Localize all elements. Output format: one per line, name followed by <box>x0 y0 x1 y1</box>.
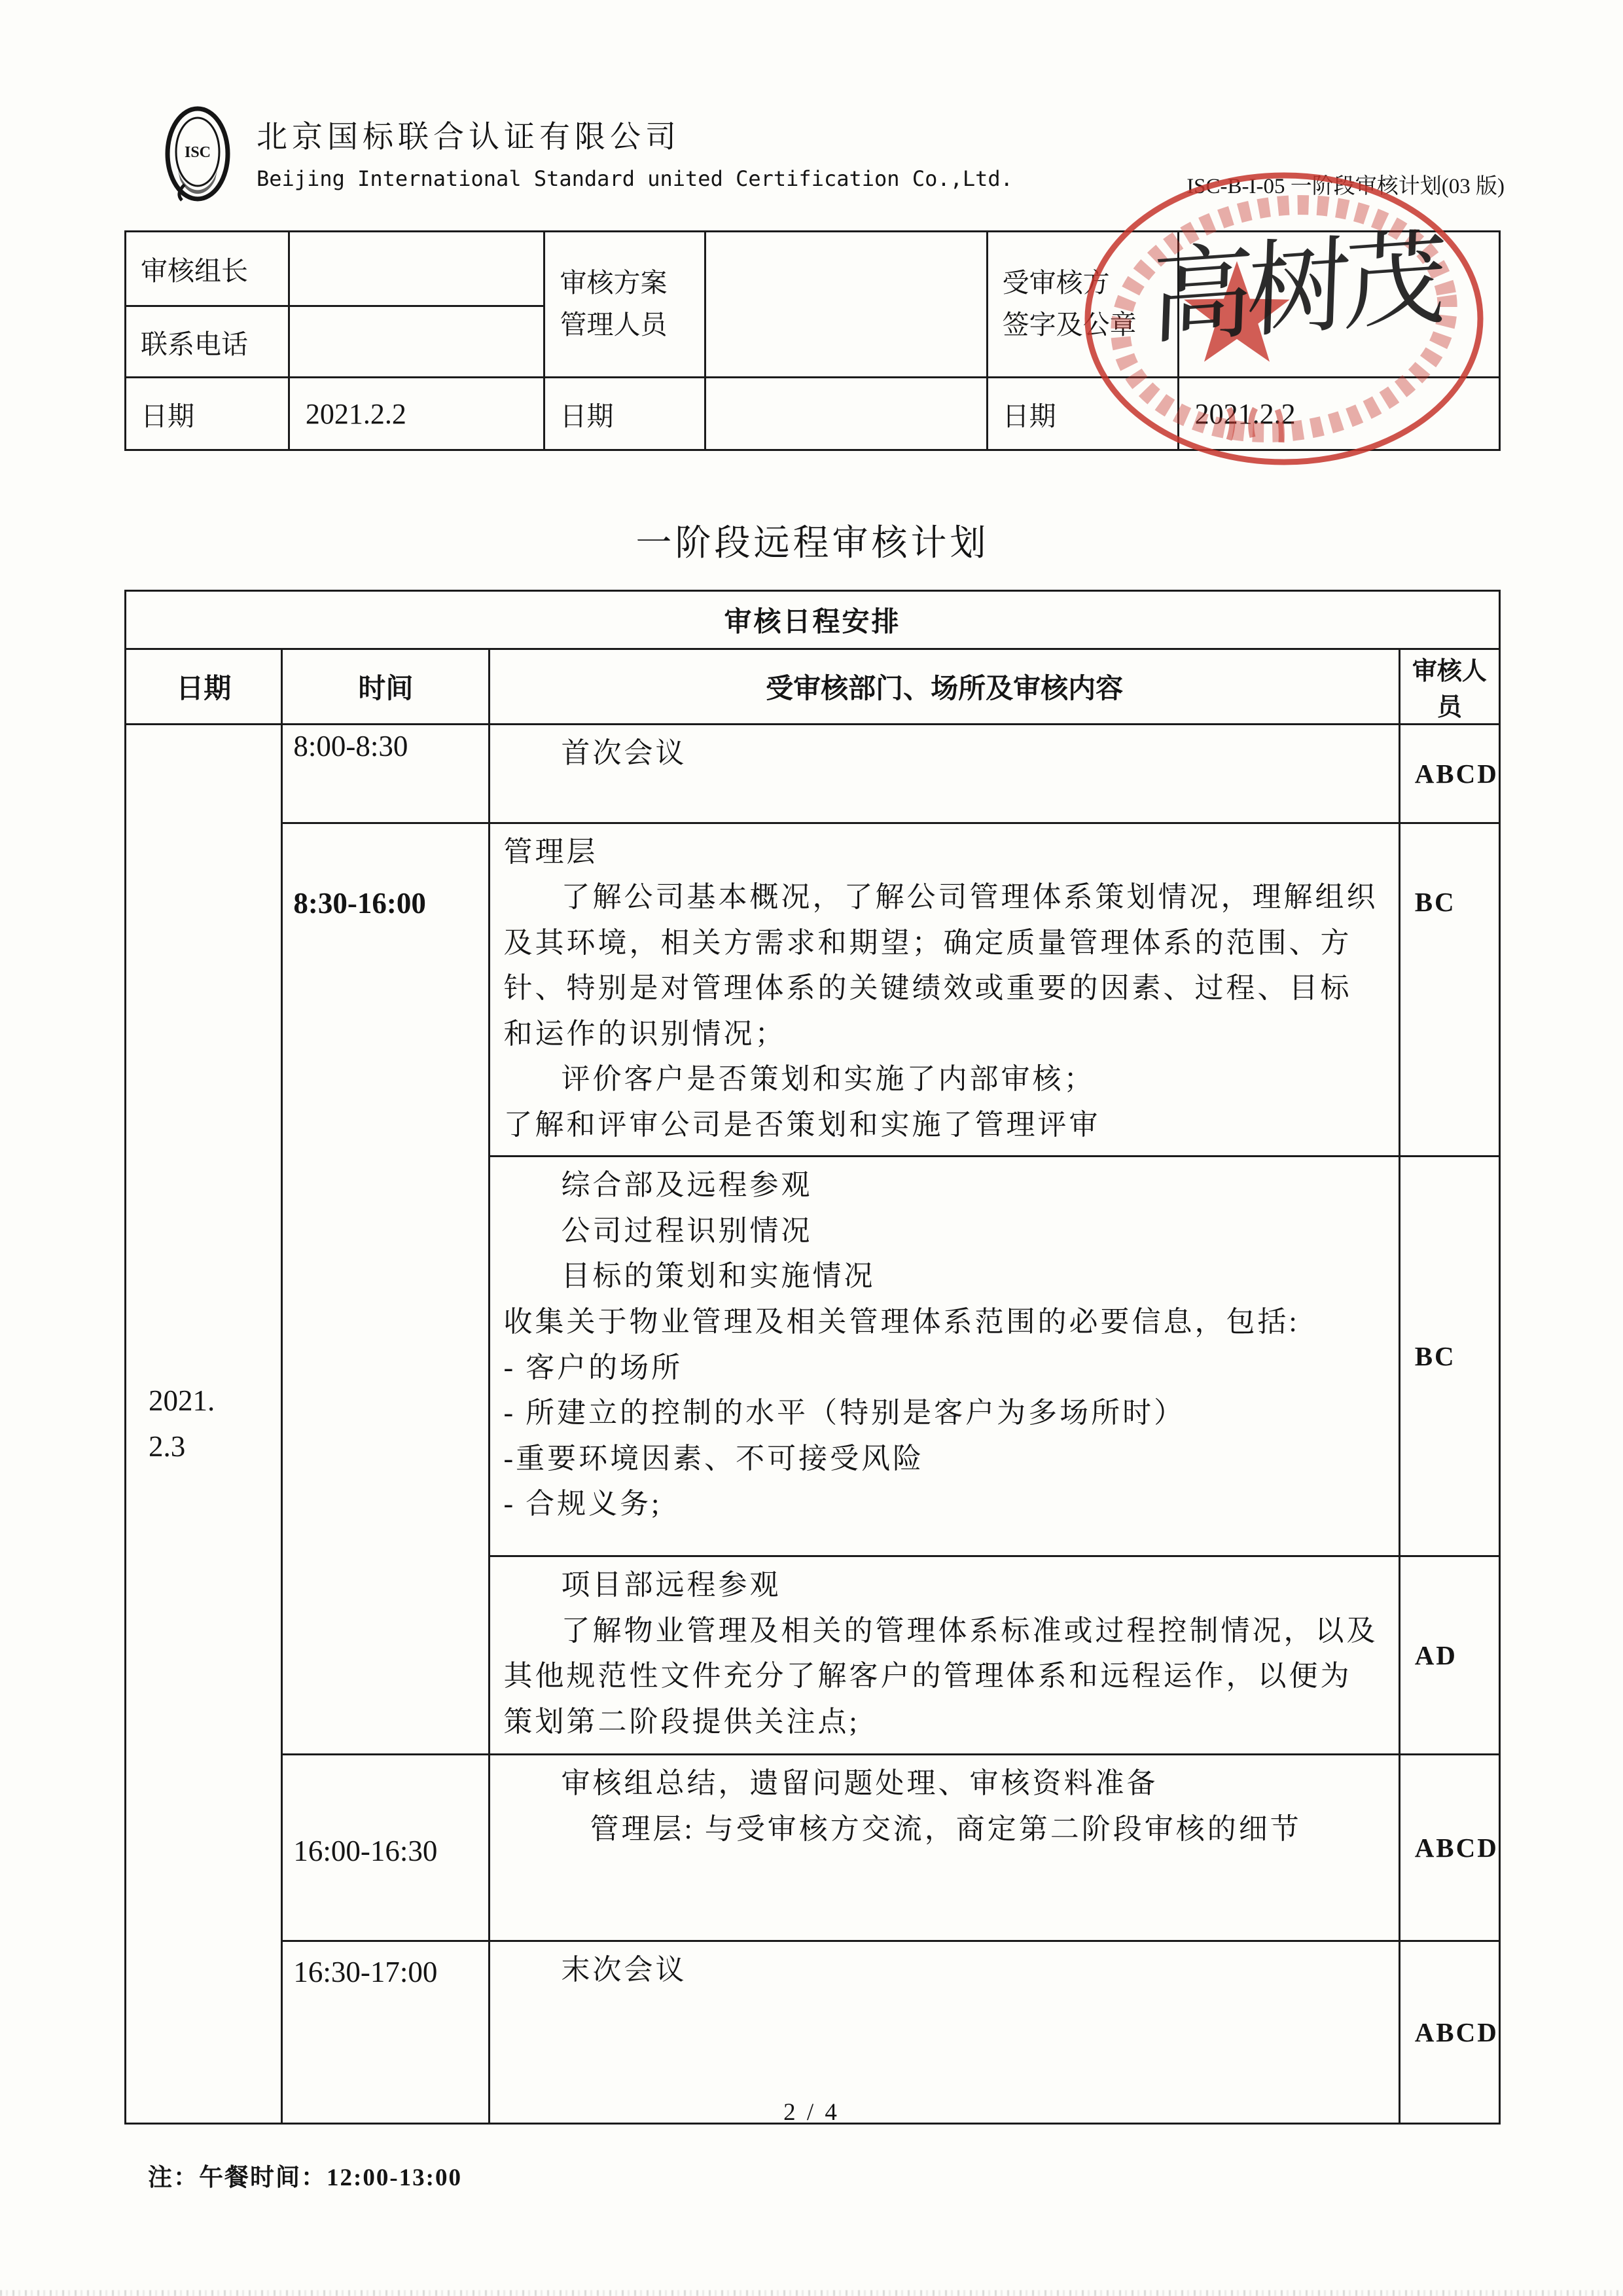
schedule-auditors-cell: ABCD <box>1399 724 1499 823</box>
schedule-content-line: 末次会议 <box>503 1947 1381 1993</box>
schedule-time-cell: 16:30-17:00 <box>282 1941 490 2124</box>
schedule-auditors-cell: BC <box>1399 1157 1499 1556</box>
schedule-content-cell: 首次会议 <box>490 724 1399 823</box>
col-header-content: 受审核部门、场所及审核内容 <box>490 649 1399 724</box>
schedule-content-cell: 管理层了解公司基本概况，了解公司管理体系策划情况，理解组织及其环境，相关方需求和… <box>490 823 1399 1157</box>
col-header-date: 日期 <box>126 649 282 724</box>
date-left-value: 2021.2.2 <box>289 378 544 450</box>
schedule-content-line: 了解公司基本概况，了解公司管理体系策划情况，理解组织及其环境，相关方需求和期望；… <box>503 874 1381 1056</box>
date-mid-value <box>705 378 988 450</box>
document-reference: ISC-B-I-05 一阶段审核计划(03 版) <box>1186 169 1505 200</box>
schedule-content-line: 收集关于物业管理及相关管理体系范围的必要信息，包括: <box>503 1299 1381 1345</box>
schedule-content-line: - 合规义务; <box>503 1481 1381 1527</box>
schedule-content-cell: 审核组总结，遗留问题处理、审核资料准备管理层: 与受审核方交流，商定第二阶段审核… <box>490 1755 1399 1941</box>
schedule-content-line: 首次会议 <box>503 730 1381 776</box>
schedule-content-line: - 所建立的控制的水平（特别是客户为多场所时） <box>503 1390 1381 1436</box>
schedule-content-cell: 综合部及远程参观公司过程识别情况目标的策划和实施情况收集关于物业管理及相关管理体… <box>490 1157 1399 1556</box>
document-header: ISC 北京国标联合认证有限公司 Beijing International S… <box>124 109 1501 202</box>
schedule-row: 2021. 2.38:00-8:30首次会议ABCD <box>126 724 1500 823</box>
schedule-date-cell: 2021. 2.3 <box>126 724 282 2124</box>
schedule-table-title: 审核日程安排 <box>126 590 1500 649</box>
document-page: ISC 北京国标联合认证有限公司 Beijing International S… <box>0 0 1623 2296</box>
schedule-content-line: 目标的策划和实施情况 <box>503 1253 1381 1299</box>
lunch-note: 注：午餐时间：12:00-13:00 <box>124 2157 1501 2193</box>
schedule-auditors-cell: BC <box>1399 823 1499 1157</box>
auditee-signature-cell <box>1178 232 1499 378</box>
schedule-content-line: 项目部远程参观 <box>503 1562 1381 1608</box>
date-left-label: 日期 <box>126 378 289 450</box>
company-name-en: Beijing International Standard united Ce… <box>257 166 1013 191</box>
col-header-auditors: 审核人员 <box>1399 649 1499 724</box>
schedule-content-line: 管理层 <box>503 829 1381 875</box>
page-content: ISC 北京国标联合认证有限公司 Beijing International S… <box>124 0 1501 2193</box>
auditee-signature-label: 受审核方 签字及公章 <box>987 232 1178 378</box>
schedule-content-cell: 项目部远程参观了解物业管理及相关的管理体系标准或过程控制情况，以及其他规范性文件… <box>490 1556 1399 1755</box>
schedule-time-cell: 8:00-8:30 <box>282 724 490 823</box>
scheme-manager-value <box>705 232 988 378</box>
date-right-label: 日期 <box>987 378 1178 450</box>
contact-phone-value <box>289 306 544 378</box>
schedule-auditors-cell: ABCD <box>1399 1755 1499 1941</box>
schedule-time-cell: 8:30-16:00 <box>282 823 490 1755</box>
schedule-content-line: - 客户的场所 <box>503 1345 1381 1391</box>
col-header-time: 时间 <box>282 649 490 724</box>
schedule-content-line: 了解物业管理及相关的管理体系标准或过程控制情况，以及其他规范性文件充分了解客户的… <box>503 1608 1381 1745</box>
schedule-row: 8:30-16:00管理层了解公司基本概况，了解公司管理体系策划情况，理解组织及… <box>126 823 1500 1157</box>
schedule-content-cell: 末次会议 <box>490 1941 1399 2124</box>
schedule-content-line: -重要环境因素、不可接受风险 <box>503 1436 1381 1482</box>
date-mid-label: 日期 <box>544 378 705 450</box>
info-table: 审核组长 审核方案 管理人员 受审核方 签字及公章 联系电话 日期 2021.2… <box>124 230 1501 451</box>
schedule-content-line: 了解和评审公司是否策划和实施了管理评审 <box>503 1102 1381 1148</box>
schedule-content-line: 管理层: 与受审核方交流，商定第二阶段审核的细节 <box>503 1806 1381 1852</box>
scheme-manager-label: 审核方案 管理人员 <box>544 232 705 378</box>
contact-phone-label: 联系电话 <box>126 306 289 378</box>
schedule-time-cell: 16:00-16:30 <box>282 1755 490 1941</box>
auditor-leader-label: 审核组长 <box>126 232 289 306</box>
page-title: 一阶段远程审核计划 <box>124 514 1501 565</box>
schedule-row: 16:30-17:00末次会议ABCD <box>126 1941 1500 2124</box>
schedule-content-line: 审核组总结，遗留问题处理、审核资料准备 <box>503 1761 1381 1806</box>
auditor-leader-value <box>289 232 544 306</box>
schedule-content-line: 综合部及远程参观 <box>503 1162 1381 1208</box>
scan-noise-strip <box>0 2290 1623 2296</box>
schedule-content-line: 评价客户是否策划和实施了内部审核； <box>503 1056 1381 1102</box>
page-number: 2 / 4 <box>0 2098 1623 2126</box>
company-name-cn: 北京国标联合认证有限公司 <box>257 113 681 156</box>
schedule-content-line: 公司过程识别情况 <box>503 1208 1381 1254</box>
schedule-auditors-cell: ABCD <box>1399 1941 1499 2124</box>
svg-text:ISC: ISC <box>185 144 211 161</box>
schedule-auditors-cell: AD <box>1399 1556 1499 1755</box>
schedule-table: 审核日程安排 日期 时间 受审核部门、场所及审核内容 审核人员 2021. 2.… <box>124 590 1501 2125</box>
schedule-row: 16:00-16:30审核组总结，遗留问题处理、审核资料准备管理层: 与受审核方… <box>126 1755 1500 1941</box>
company-logo-icon: ISC <box>165 106 230 202</box>
date-right-value: 2021.2.2 <box>1178 378 1499 450</box>
